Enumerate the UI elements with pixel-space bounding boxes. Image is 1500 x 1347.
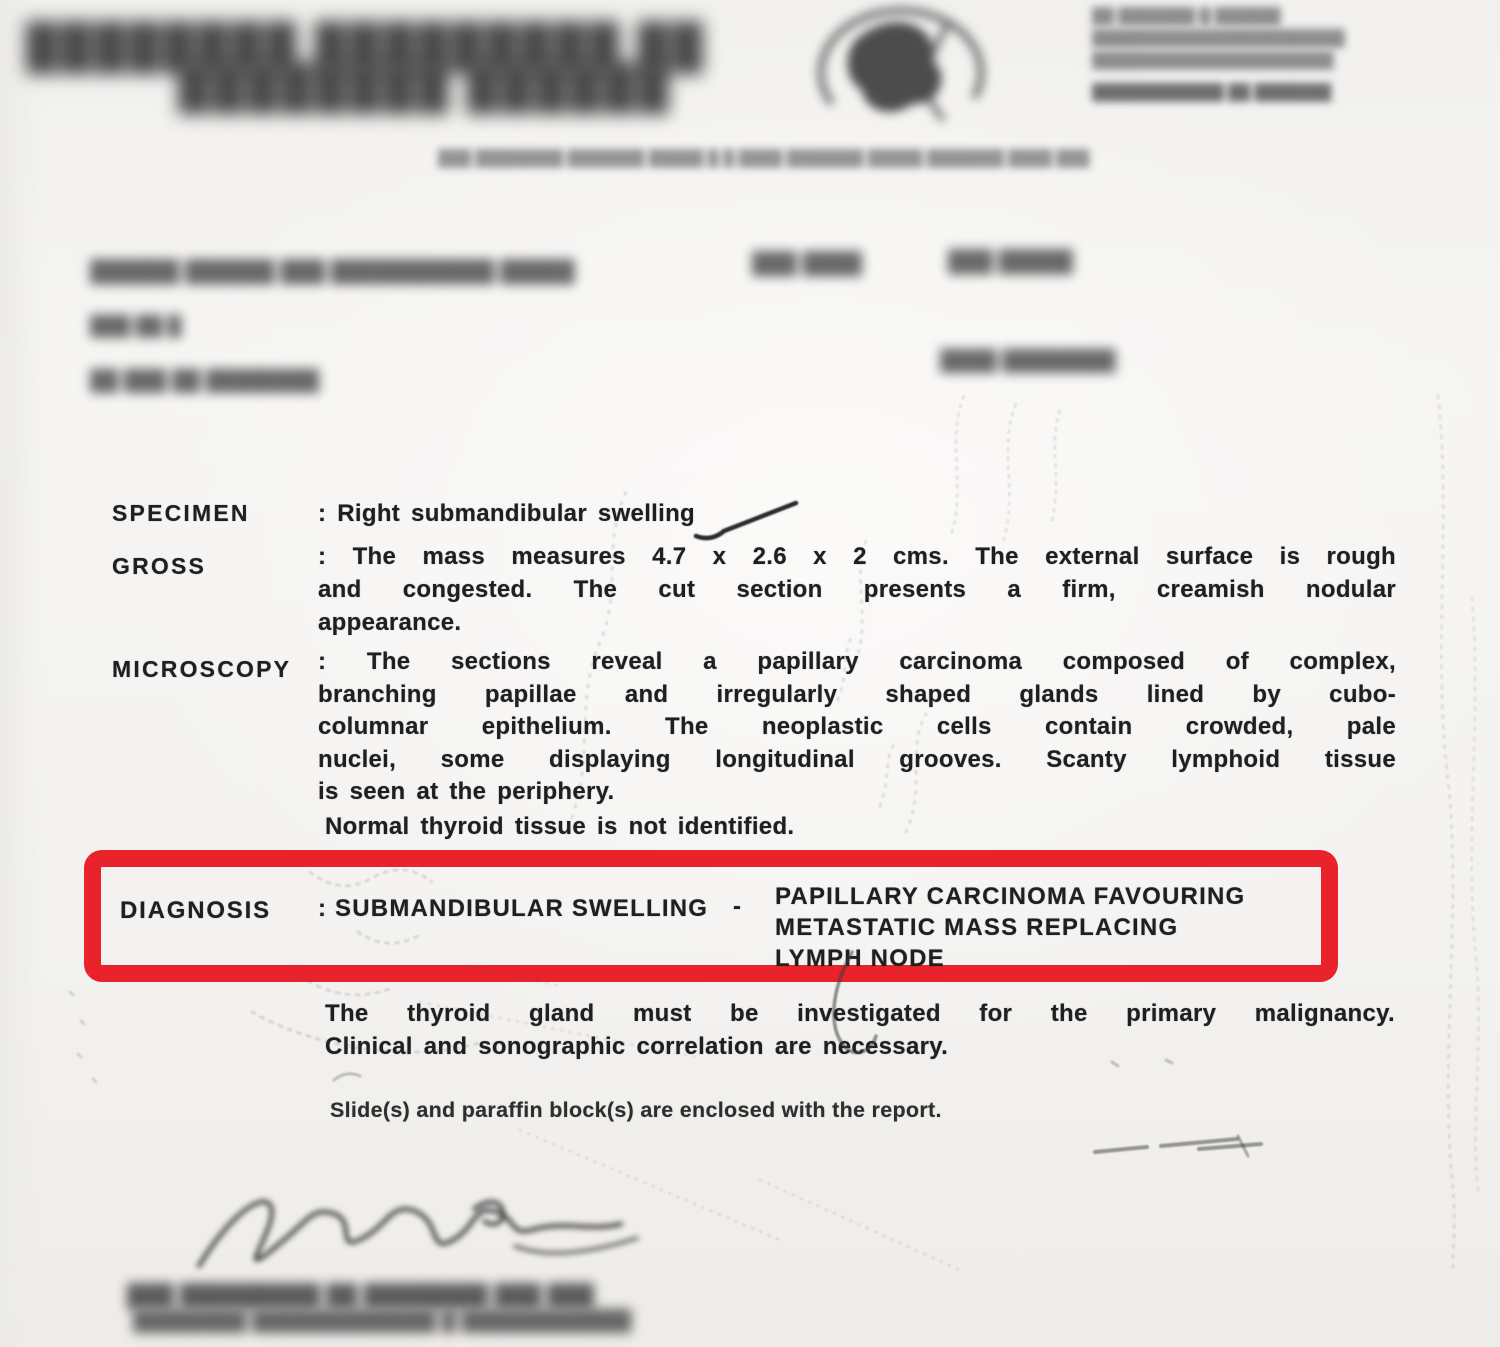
specimen-value: : Right submandibular swelling: [318, 497, 695, 530]
microscopy-note: Normal thyroid tissue is not identified.: [325, 810, 794, 843]
doctor-info-line: ███████████████████████: [1092, 28, 1345, 50]
microscopy-text-line: nuclei, some displaying longitudinal gro…: [318, 744, 1396, 777]
clinic-address-blurred: ███ ████████ ███████ █████ █ █ ████ ████…: [438, 150, 1089, 168]
doctor-info-line: ██████████████████████: [1092, 50, 1345, 72]
microscopy-text-line: is seen at the periphery.: [318, 776, 1396, 809]
diagnosis-result: PAPILLARY CARCINOMA FAVOURING METASTATIC…: [775, 881, 1275, 974]
diagnosis-separator: -: [733, 893, 742, 921]
microscopy-text-line: columnar epithelium. The neoplastic cell…: [318, 711, 1396, 744]
diagnosis-label: DIAGNOSIS: [120, 897, 271, 925]
recommendation-line: The thyroid gland must be investigated f…: [325, 997, 1395, 1030]
gross-text-line: : The mass measures 4.7 x 2.6 x 2 cms. T…: [318, 540, 1396, 573]
recommendation-text: The thyroid gland must be investigated f…: [325, 997, 1395, 1063]
microscopy-text-line: branching papillae and irregularly shape…: [318, 679, 1396, 712]
signature-stroke: [185, 1182, 655, 1294]
doctor-title-blurred: ████████ █████████████ █ ████████████: [133, 1310, 631, 1333]
gross-text-line: appearance.: [318, 606, 1396, 639]
doctor-info-blurred: ██ ███████ █ ██████ ████████████████████…: [1092, 6, 1345, 104]
gross-label: GROSS: [112, 553, 206, 580]
patient-name-blurred: ██████ ██████ ███ ███████████ █████: [90, 260, 575, 284]
specimen-label: SPECIMEN: [112, 500, 250, 527]
microscopy-label: MICROSCOPY: [112, 656, 291, 683]
doctor-name-blurred: ███ █████████ ██ ████████ ███ ███: [127, 1283, 594, 1309]
recommendation-line: Clinical and sonographic correlation are…: [325, 1030, 1395, 1063]
report-date-blurred: ████ ████████: [940, 350, 1116, 373]
enclosure-note: Slide(s) and paraffin block(s) are enclo…: [330, 1098, 942, 1123]
doctor-info-line: ██ ███████ █ ██████: [1092, 6, 1345, 28]
clinic-name-blurred-line2: ████████ ██████: [178, 62, 672, 112]
microscopy-text: : The sections reveal a papillary carcin…: [318, 646, 1396, 809]
diagnosis-value: : SUBMANDIBULAR SWELLING: [318, 895, 708, 923]
patient-age-blurred: ███ ████: [752, 252, 862, 276]
microscopy-text-line: : The sections reveal a papillary carcin…: [318, 646, 1396, 679]
patient-sex-blurred: ███ █████: [948, 250, 1073, 274]
checkmark-stroke: [692, 498, 807, 543]
gross-text: : The mass measures 4.7 x 2.6 x 2 cms. T…: [318, 540, 1396, 639]
gross-text-line: and congested. The cut section presents …: [318, 573, 1396, 606]
diagnosis-result-line: PAPILLARY CARCINOMA FAVOURING: [775, 881, 1275, 912]
ref-no-blurred: ███ ██ █: [90, 316, 181, 338]
diagnosis-result-line: LYMPH NODE: [775, 943, 1275, 974]
pathology-report-page: ████████ █████████ ██ ████████ ██████ ██…: [0, 0, 1500, 1347]
diagnosis-result-line: METASTATIC MASS REPLACING: [775, 912, 1275, 943]
reg-no-blurred: ██ ███ ██ ████████: [90, 370, 319, 393]
doctor-info-line: ████████████ ██ ███████: [1092, 82, 1345, 104]
clinic-logo: [798, 0, 1008, 138]
